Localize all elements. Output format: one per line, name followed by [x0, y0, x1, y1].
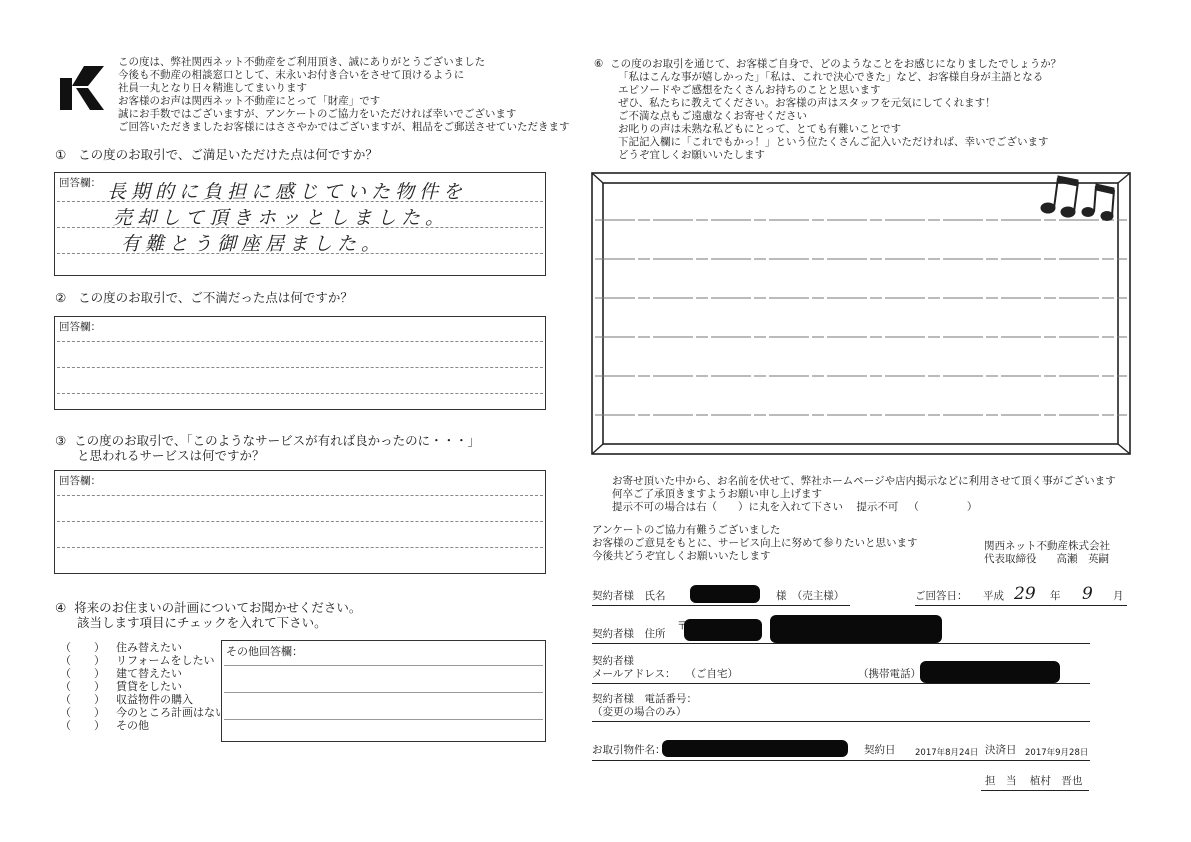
option-label: 収益物件の購入: [116, 693, 193, 706]
question-text: と思われるサービスは何ですか？: [55, 448, 480, 463]
contract-address-label: 契約者様 住所: [592, 628, 666, 641]
q2-answer-box[interactable]: 回答欄：: [54, 316, 546, 410]
ceo-name: 高瀬 英嗣: [1057, 553, 1110, 565]
q4-other-answer-box[interactable]: その他回答欄：: [221, 640, 546, 742]
checkbox-open-paren[interactable]: （: [60, 680, 94, 693]
property-field[interactable]: [662, 740, 848, 757]
phone-note: （変更の場合のみ）: [592, 706, 697, 719]
answer-label: 回答欄：: [59, 175, 101, 190]
intro-line: この度は、弊社関西ネット不動産をご利用頂き、誠にありがとうございました: [118, 56, 570, 69]
checkbox-close-paren: ）: [94, 693, 116, 706]
plan-option[interactable]: （）その他: [60, 719, 149, 732]
email-label-line: 契約者様: [592, 655, 738, 668]
checkbox-open-paren[interactable]: （: [60, 654, 94, 667]
checkbox-close-paren: ）: [94, 680, 116, 693]
plan-option[interactable]: （）住み替えたい: [60, 641, 182, 654]
thanks-line: お客様のご意見をもとに、サービス向上に努めて参りたいと思います: [592, 537, 918, 550]
option-label: リフォームをしたい: [116, 654, 214, 667]
email-label: 契約者様 メールアドレス： （ご自宅）: [592, 655, 738, 681]
contract-name-label: 契約者様 氏名: [592, 590, 666, 603]
q1-answer-box[interactable]: 回答欄： 長期的に負担に感じていた物件を 売却して頂きホッとしました。 有難とう…: [54, 172, 546, 276]
q3-answer-box[interactable]: 回答欄：: [54, 470, 546, 574]
question-text: この度のお取引で、ご満足いただけた点は何ですか？: [78, 147, 378, 162]
question-text: 「私はこんな事が嬉しかった」「私は、これで決心できた」など、お客様自身が主語とな…: [594, 71, 1061, 84]
email-label-line: メールアドレス： （ご自宅）: [592, 668, 738, 681]
intro-line: 今後も不動産の相談窓口として、末永いお付き合いをさせて頂けるように: [118, 69, 570, 82]
question-4: ④ 将来のお住まいの計画についてお聞かせください。 該当します項目にチェックを入…: [55, 600, 361, 630]
handwritten-answer-line: 長期的に負担に感じていた物件を: [107, 177, 467, 204]
intro-line: 社員一丸となり日々精進してまいります: [118, 82, 570, 95]
checkbox-close-paren: ）: [94, 654, 116, 667]
question-number: ③: [55, 433, 66, 448]
thanks-message: アンケートのご協力有難うございました お客様のご意見をもとに、サービス向上に努め…: [592, 524, 918, 563]
option-label: 賃貸をしたい: [116, 680, 182, 693]
question-number: ①: [55, 147, 66, 162]
company-logo: [58, 64, 106, 112]
answer-label: 回答欄：: [59, 319, 101, 334]
plan-option[interactable]: （）リフォームをしたい: [60, 654, 214, 667]
checkbox-open-paren[interactable]: （: [60, 667, 94, 680]
settlement-date-label: 決済日: [985, 744, 1017, 757]
question-text: 下記記入欄に「これでもかっ！」という位たくさんご記入いただければ、幸いでございま…: [594, 136, 1061, 149]
staff: 担 当 植村 晋也: [985, 775, 1082, 788]
notice-line: お寄せ頂いた中から、お名前を伏せて、弊社ホームページや店内掲示などに利用させて頂…: [612, 475, 1116, 488]
checkbox-open-paren[interactable]: （: [60, 641, 94, 654]
question-number: ④: [55, 600, 66, 615]
question-number: ②: [55, 290, 66, 305]
staff-name: 植村 晋也: [1030, 775, 1083, 787]
music-notes-icon: [1036, 172, 1124, 222]
answer-date-month[interactable]: 9: [1082, 584, 1093, 604]
answer-label: 回答欄：: [59, 473, 101, 488]
plan-option[interactable]: （）建て替えたい: [60, 667, 182, 680]
publish-notice: お寄せ頂いた中から、お名前を伏せて、弊社ホームページや店内掲示などに利用させて頂…: [612, 475, 1116, 514]
email-label-text: メールアドレス：: [592, 668, 675, 680]
contract-name-suffix: 様 （売主様）: [776, 590, 844, 603]
refuse-label: 提示不可: [856, 501, 898, 513]
ceo-title: 代表取締役: [984, 553, 1037, 565]
question-text: ご不満な点もご遠慮なくお寄せください: [594, 110, 1061, 123]
question-text: この度のお取引で、ご不満だった点は何ですか？: [78, 290, 353, 305]
answer-date-label: ご回答日：: [915, 590, 968, 603]
question-text: 該当します項目にチェックを入れて下さい。: [55, 615, 361, 630]
checkbox-close-paren: ）: [94, 667, 116, 680]
question-3: ③ この度のお取引で、「このようなサービスが有れば良かったのに・・・」 と思われ…: [55, 433, 480, 463]
refuse-instruction: 提示不可の場合は右（ ）に丸を入れて下さい: [612, 501, 843, 513]
company-name: 関西ネット不動産株式会社: [984, 540, 1110, 553]
property-label: お取引物件名：: [592, 744, 666, 757]
question-2: ② この度のお取引で、ご不満だった点は何ですか？: [55, 290, 353, 305]
option-label: その他: [116, 719, 149, 732]
intro-line: 誠にお手数ではございますが、アンケートのご協力をいただければ幸いでございます: [118, 108, 570, 121]
home-label: （ご自宅）: [686, 668, 739, 680]
checkbox-open-paren[interactable]: （: [60, 706, 94, 719]
handwritten-answer-line: 売却して頂きホッとしました。: [113, 203, 449, 230]
option-label: 建て替えたい: [116, 667, 182, 680]
intro-line: お客様のお声は関西ネット不動産にとって「財産」です: [118, 95, 570, 108]
mobile-label: （携帯電話）: [858, 668, 921, 681]
contract-postal-field[interactable]: [684, 619, 762, 641]
question-text: どうぞ宜しくお願いいたします: [594, 149, 1061, 162]
answer-date-era: 平成: [983, 590, 1004, 603]
question-text: エピソードやご感想をたくさんお持ちのことと思います: [594, 84, 1061, 97]
thanks-line: アンケートのご協力有難うございました: [592, 524, 918, 537]
staff-label: 担 当: [985, 775, 1017, 787]
mobile-field[interactable]: [920, 661, 1060, 683]
plan-option[interactable]: （）収益物件の購入: [60, 693, 193, 706]
checkbox-close-paren: ）: [94, 641, 116, 654]
option-label: 今のところ計画はない: [116, 706, 226, 719]
intro-message: この度は、弊社関西ネット不動産をご利用頂き、誠にありがとうございました 今後も不…: [118, 56, 570, 134]
contract-date-label: 契約日: [864, 744, 896, 757]
checkbox-close-paren: ）: [94, 706, 116, 719]
other-answer-label: その他回答欄：: [226, 643, 303, 659]
question-number: ⑥: [594, 58, 603, 70]
phone-label: 契約者様 電話番号： （変更の場合のみ）: [592, 693, 697, 719]
question-text: この度のお取引を通じて、お客様ご自身で、どのようなことをお感じになりましたでしょ…: [610, 58, 1061, 70]
option-label: 住み替えたい: [116, 641, 182, 654]
question-6: ⑥ この度のお取引を通じて、お客様ご自身で、どのようなことをお感じになりましたで…: [594, 58, 1061, 162]
plan-option[interactable]: （）今のところ計画はない: [60, 706, 226, 719]
answer-date-year[interactable]: 29: [1014, 584, 1036, 604]
contract-name-field[interactable]: [690, 585, 760, 603]
question-text: お叱りの声は未熟な私どもにとって、とても有難いことです: [594, 123, 1061, 136]
refuse-checkbox[interactable]: （）: [908, 501, 977, 513]
contract-address-field[interactable]: [770, 615, 942, 643]
plan-option[interactable]: （）賃貸をしたい: [60, 680, 182, 693]
company-signature: 関西ネット不動産株式会社 代表取締役 高瀬 英嗣: [984, 540, 1110, 566]
handwritten-answer-line: 有難とう御座居ました。: [121, 229, 385, 256]
settlement-date: 2017年9月28日: [1025, 746, 1088, 758]
question-text: この度のお取引で、「このようなサービスが有れば良かったのに・・・」: [74, 433, 480, 448]
intro-line: ご回答いただきましたお客様にはささやかではございますが、粗品をご郵送させていただ…: [118, 121, 570, 134]
checkbox-open-paren[interactable]: （: [60, 693, 94, 706]
notice-line: 何卒ご了承頂きますようお願い申し上げます: [612, 488, 1116, 501]
contract-date: 2017年8月24日: [915, 746, 978, 758]
thanks-line: 今後共どうぞ宜しくお願いいたします: [592, 550, 918, 563]
question-text: 将来のお住まいの計画についてお聞かせください。: [74, 600, 361, 615]
answer-date-month-unit: 月: [1113, 590, 1124, 603]
phone-label-text: 契約者様 電話番号：: [592, 693, 697, 706]
question-text: ぜひ、私たちに教えてください。お客様の声はスタッフを元気にしてくれます！: [594, 97, 1061, 110]
question-1: ① この度のお取引で、ご満足いただけた点は何ですか？: [55, 147, 378, 162]
answer-date-year-unit: 年: [1050, 590, 1061, 603]
checkbox-open-paren[interactable]: （: [60, 719, 94, 732]
checkbox-close-paren: ）: [94, 719, 116, 732]
